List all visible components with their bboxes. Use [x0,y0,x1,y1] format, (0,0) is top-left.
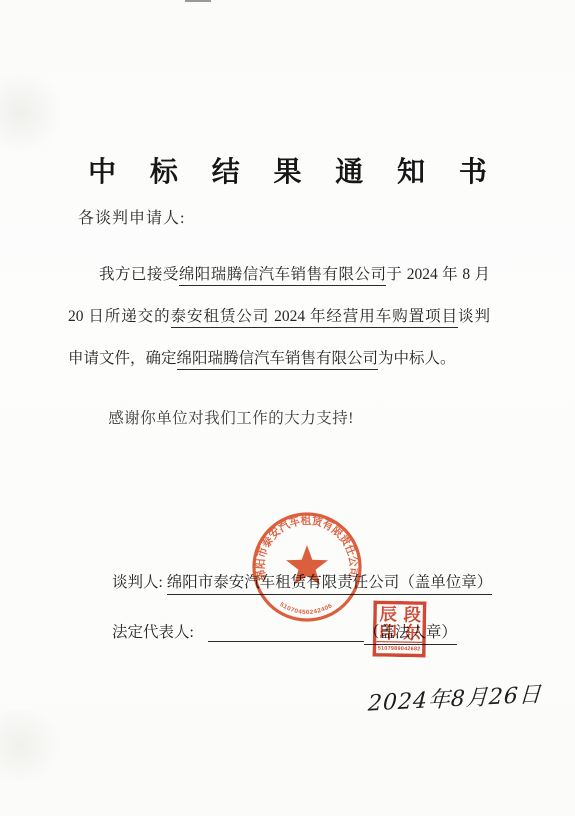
body-line: 我方已接受绵阳瑞腾信汽车销售有限公司于 2024 年 8 月 [68,254,490,296]
date-handwritten: 2024年8月26日 [367,677,542,717]
underlined-text: 泰安租赁公司 2024 年经营用车购置项目 [171,308,458,328]
scan-speck [185,0,211,2]
underlined-text: 绵阳瑞腾信汽车销售有限公司 [179,266,387,286]
plain-text: 于 2024 年 8 月 [386,266,490,283]
body-paragraph: 我方已接受绵阳瑞腾信汽车销售有限公司于 2024 年 8 月20 日所递交的泰安… [68,254,490,380]
plain-text: 我方已接受 [99,266,179,283]
legal-rep-label: 法定代表人: [112,624,194,641]
underlined-text: 绵阳瑞腾信汽车销售有限公司 [177,350,379,370]
seal-registration-number: 51070450242406 [278,602,333,616]
thanks-line: 感谢你单位对我们工作的大力支持! [68,406,498,428]
star-icon [286,545,328,585]
seal-char: 印 [379,622,397,642]
svg-text:51070450242406: 51070450242406 [278,602,333,616]
document-title: 中 标 结 果 通 知 书 [0,150,575,190]
scan-smudge [0,710,67,780]
seal-char: 东 [403,623,421,643]
seal-number: 5107989042682 [378,646,421,653]
plain-text: 为中标人。 [378,350,456,367]
body-line: 20 日所递交的泰安租赁公司 2024 年经营用车购置项目谈判 [68,296,490,338]
body-line: 申请文件，确定绵阳瑞腾信汽车销售有限公司为中标人。 [68,338,490,380]
plain-text: 20 日所递交的 [68,308,171,325]
salutation: 各谈判申请人: [78,205,185,228]
scan-smudge [0,70,63,155]
legal-rep-square-seal: 辰 段 印 东 5107989042682 [373,601,427,658]
plain-text: 申请文件，确定 [68,350,177,367]
plain-text: 谈判 [458,308,490,325]
document-page: 中 标 结 果 通 知 书 各谈判申请人: 我方已接受绵阳瑞腾信汽车销售有限公司… [0,0,575,816]
negotiator-label: 谈判人: [112,574,163,591]
company-round-seal: 绵阳市泰安汽车租赁有限责任公司 51070450242406 [248,509,366,627]
